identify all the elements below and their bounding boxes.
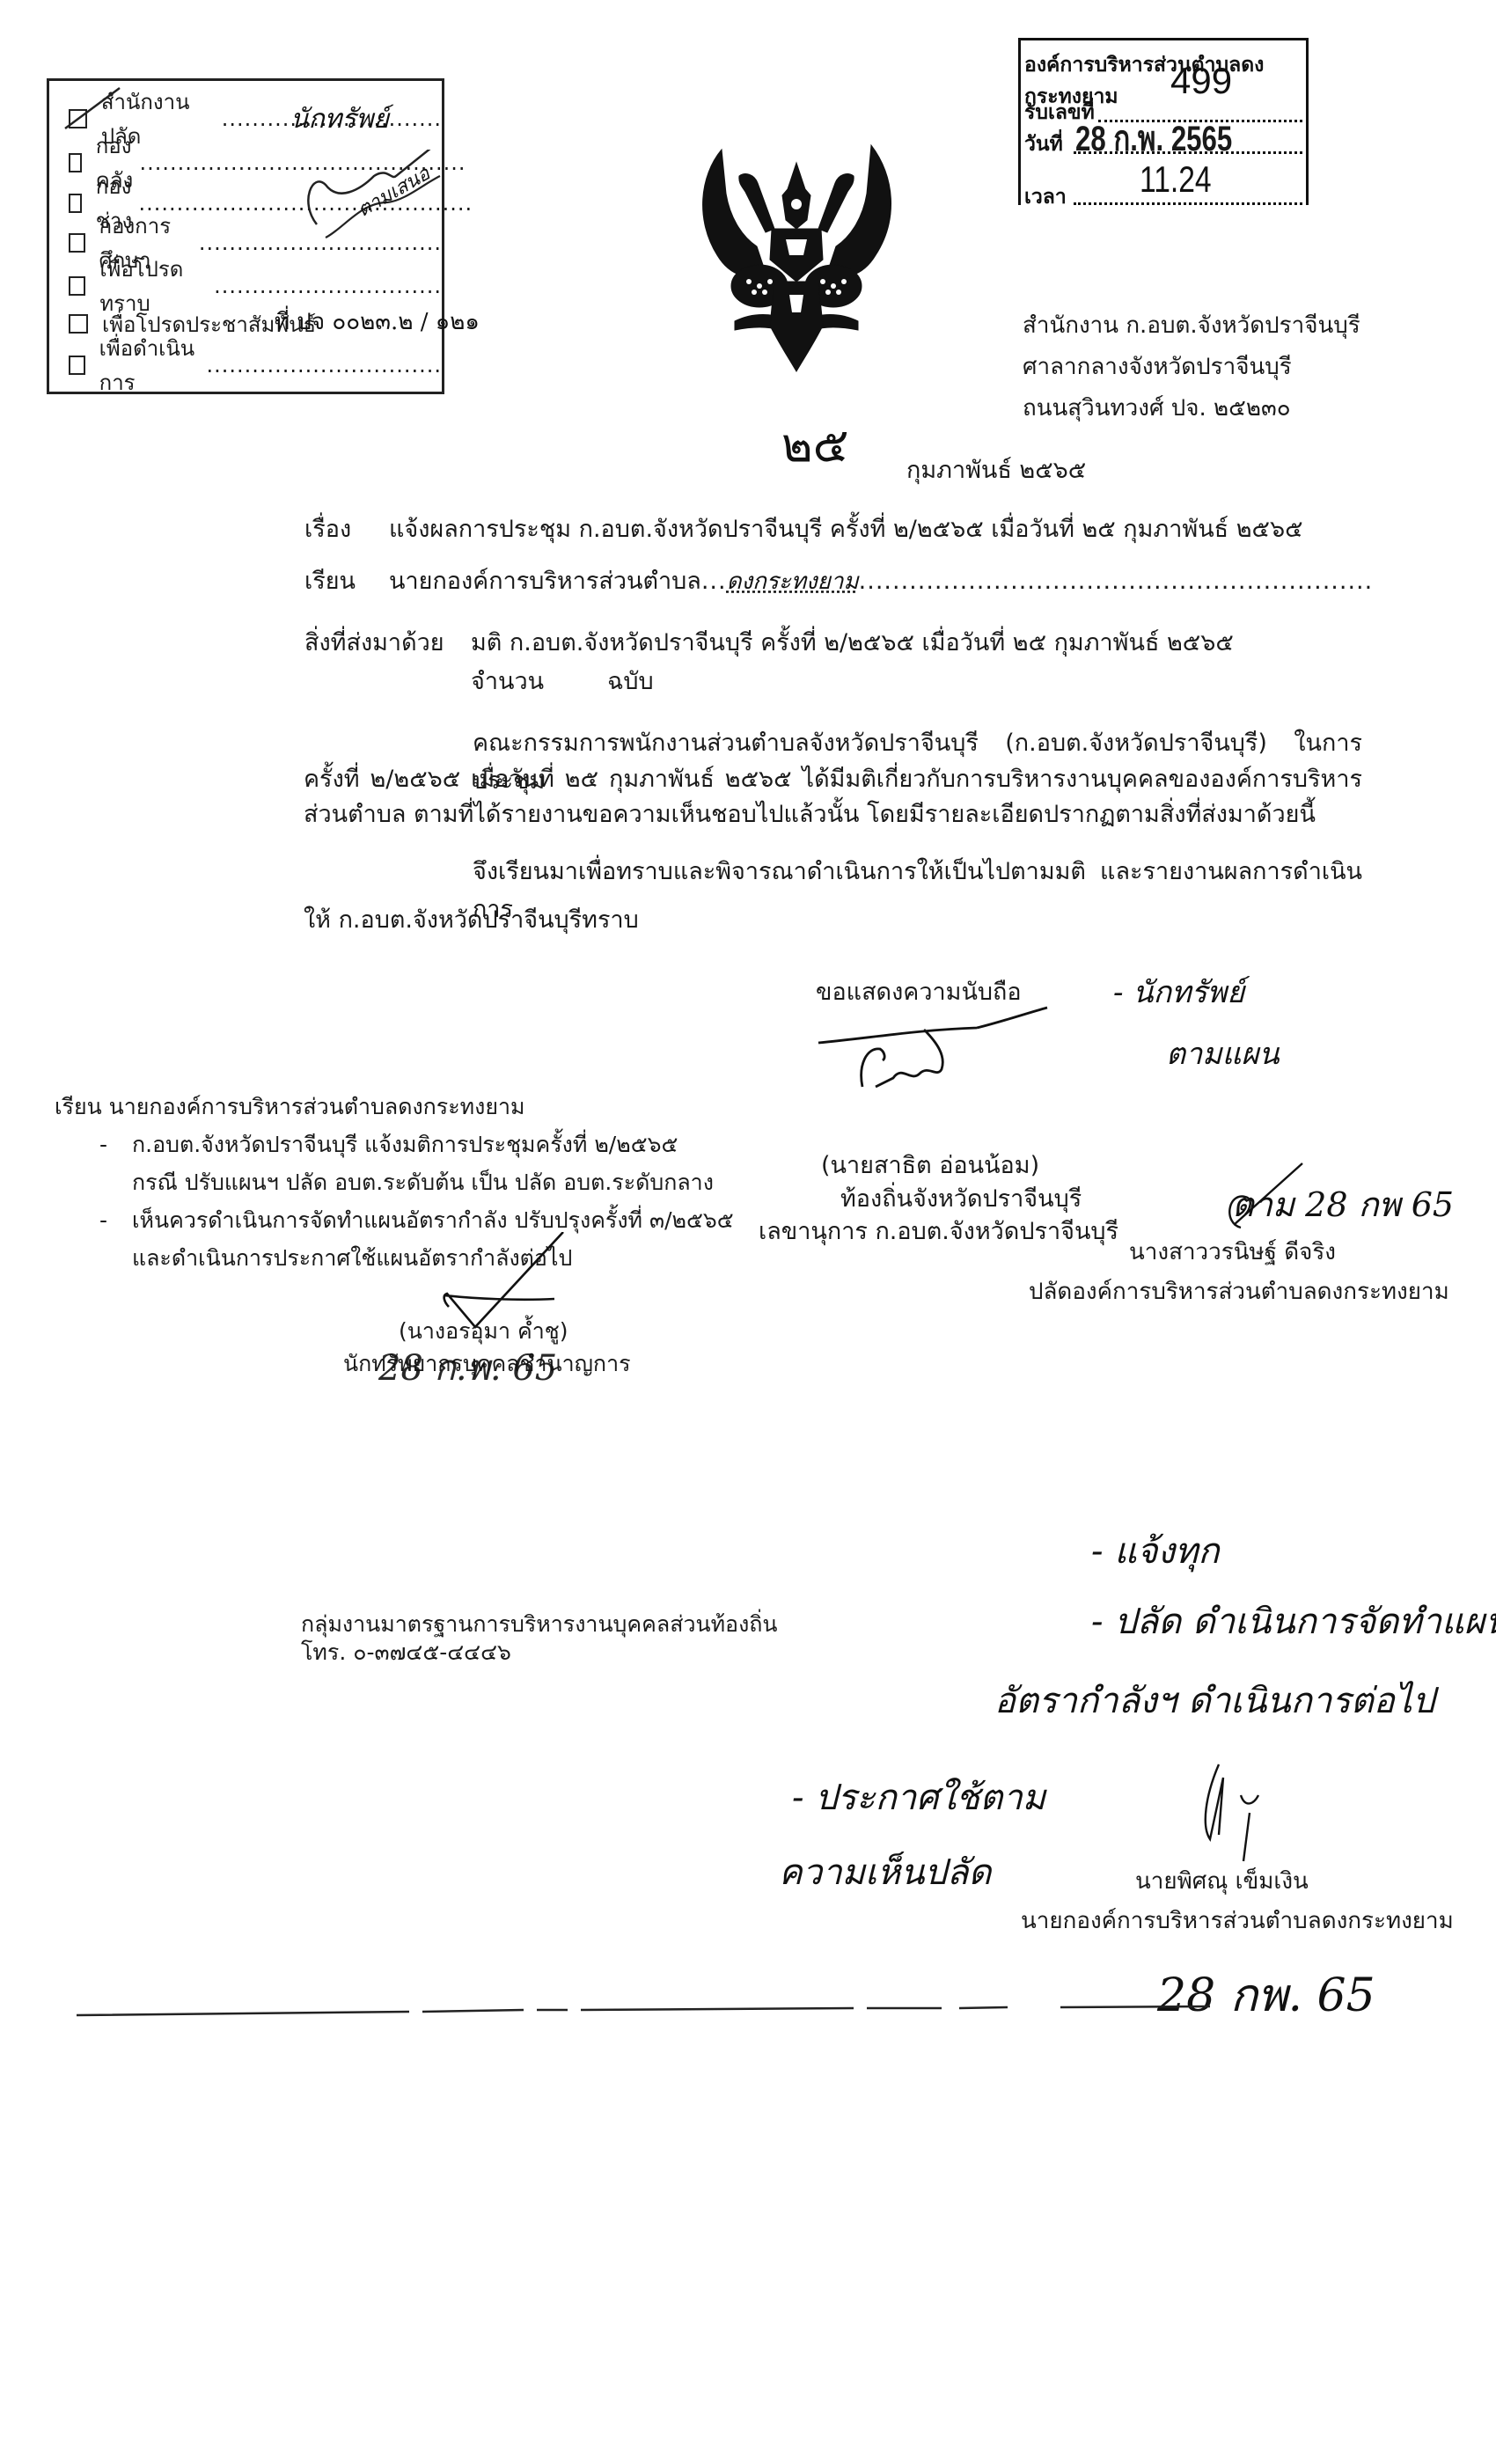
sender-address-line-3: ถนนสุวินทวงศ์ ปจ. ๒๕๒๓๐	[1023, 390, 1291, 426]
dotted-line: ..............................	[214, 274, 442, 298]
signer-name: (นายสาธิต อ่อนน้อม)	[821, 1146, 1039, 1184]
date-month-year: กุมภาพันธ์ ๒๕๖๕	[906, 451, 1086, 488]
checkbox-icon[interactable]	[69, 314, 88, 334]
to-label: เรียน	[304, 561, 356, 599]
checkbox-icon[interactable]	[69, 153, 82, 172]
deputy-title: ปลัดองค์การบริหารส่วนตำบลดงกระทงยาม	[1029, 1280, 1449, 1303]
handwritten-note-plan: ตามแผน	[1166, 1030, 1280, 1077]
deputy-name: นางสาววรนิษฐ์ ดีจริง	[1129, 1241, 1336, 1264]
subject-label: เรื่อง	[304, 510, 351, 547]
stamp-time-label: เวลา	[1024, 181, 1067, 213]
mayor-note-line-3: อัตรากำลังฯ ดำเนินการต่อไป	[994, 1672, 1434, 1728]
mayor-note-line-1: - แจ้งทุก	[1091, 1522, 1220, 1579]
enclosure-count-unit: ฉบับ	[607, 662, 654, 700]
checkbox-icon[interactable]	[69, 233, 85, 253]
enclosure-text: มติ ก.อบต.จังหวัดปราจีนบุรี ครั้งที่ ๒/๒…	[471, 623, 1234, 661]
routing-item-proceed[interactable]: เพื่อดำเนินการ .........................…	[69, 352, 442, 378]
memo-handwritten-date: 28 ก.พ. 65	[378, 1339, 557, 1396]
to-text: นายกองค์การบริหารส่วนตำบล...ดงกระทงยาม..…	[389, 561, 1373, 599]
checkbox-icon[interactable]	[69, 356, 85, 375]
body-paragraph-2-line-2: ให้ ก.อบต.จังหวัดปราจีนบุรีทราบ	[304, 900, 639, 938]
body-paragraph-1-line-3: ส่วนตำบล ตามที่ได้รายงานขอความเห็นชอบไปแ…	[304, 795, 1316, 832]
deputy-signature-stroke-icon	[1223, 1162, 1329, 1232]
handwritten-routing-note: นักทรัพย์	[290, 99, 389, 140]
stamp-date-label: วันที่	[1024, 128, 1063, 160]
handwritten-date-day: ๒๕	[781, 407, 848, 482]
to-dotted-fill: ........................................…	[859, 568, 1374, 595]
stamp-rule	[1074, 202, 1302, 205]
enclosure-label: สิ่งที่ส่งมาด้วย	[304, 623, 444, 661]
mayor-title: นายกองค์การบริหารส่วนตำบลดงกระทงยาม	[1021, 1910, 1454, 1932]
stamp-receipt-number: 499	[1170, 60, 1232, 102]
sender-address-line-2: ศาลากลางจังหวัดปราจีนบุรี	[1023, 348, 1292, 385]
bullet-dash: -	[99, 1209, 107, 1231]
signature-icon	[814, 1003, 1060, 1091]
routing-item-acknowledge[interactable]: เพื่อโปรดทราบ ..........................…	[69, 273, 442, 299]
mayor-note-line-5: ความเห็นปลัด	[779, 1844, 991, 1900]
mayor-signature-icon	[1201, 1760, 1289, 1866]
mayor-note-line-4: - ประกาศใช้ตาม	[792, 1769, 1045, 1825]
routing-item-label: เพื่อดำเนินการ	[99, 331, 207, 400]
sender-address-line-1: สำนักงาน ก.อบต.จังหวัดปราจีนบุรี	[1023, 307, 1360, 343]
checkbox-checked-icon[interactable]	[69, 109, 87, 128]
mayor-name: นายพิศณุ เข็มเงิน	[1135, 1870, 1309, 1893]
signer-title-line-2: เลขานุการ ก.อบต.จังหวัดปราจีนบุรี	[759, 1212, 1118, 1250]
checkbox-icon[interactable]	[69, 194, 82, 213]
to-text-prefix: นายกองค์การบริหารส่วนตำบล	[389, 568, 701, 595]
garuda-emblem-icon	[691, 141, 902, 378]
dotted-line: ...............................	[207, 353, 443, 378]
bottom-divider	[75, 2005, 1219, 2022]
mayor-note-line-2: - ปลัด ดำเนินการจัดทำแผน	[1091, 1593, 1496, 1649]
checkbox-icon[interactable]	[69, 276, 85, 296]
memo-signature-icon	[422, 1232, 581, 1329]
memo-bullet-1-line-2: กรณี ปรับแผนฯ ปลัด อบต.ระดับต้น เป็น ปลั…	[132, 1171, 714, 1193]
to-dotted-fill: ...	[701, 568, 727, 595]
enclosure-count-label: จำนวน	[471, 662, 544, 700]
stamp-time-value: 11.24	[1140, 158, 1212, 201]
to-handwritten-name: ดงกระทงยาม	[727, 568, 859, 595]
bullet-dash: -	[99, 1133, 107, 1155]
handwritten-note-hr: - นักทรัพย์	[1113, 968, 1244, 1016]
body-paragraph-1-line-2: ครั้งที่ ๒/๒๕๖๕ เมื่อวันที่ ๒๕ กุมภาพันธ…	[304, 759, 1362, 797]
subject-text: แจ้งผลการประชุม ก.อบต.จังหวัดปราจีนบุรี …	[389, 510, 1303, 547]
footer-department: กลุ่มงานมาตรฐานการบริหารงานบุคคลส่วนท้อง…	[301, 1613, 778, 1635]
footer-phone: โทร. ๐-๓๗๔๕-๔๔๔๖	[301, 1641, 511, 1663]
memo-to: เรียน นายกองค์การบริหารส่วนตำบลดงกระทงยา…	[55, 1096, 525, 1118]
memo-bullet-2-line-1: เห็นควรดำเนินการจัดทำแผนอัตรากำลัง ปรับป…	[132, 1209, 734, 1231]
document-number: ที่ ปจ ๐๐๒๓.๒ / ๑๒๑	[275, 304, 480, 340]
memo-bullet-1-line-1: ก.อบต.จังหวัดปราจีนบุรี แจ้งมติการประชุม…	[132, 1133, 678, 1155]
